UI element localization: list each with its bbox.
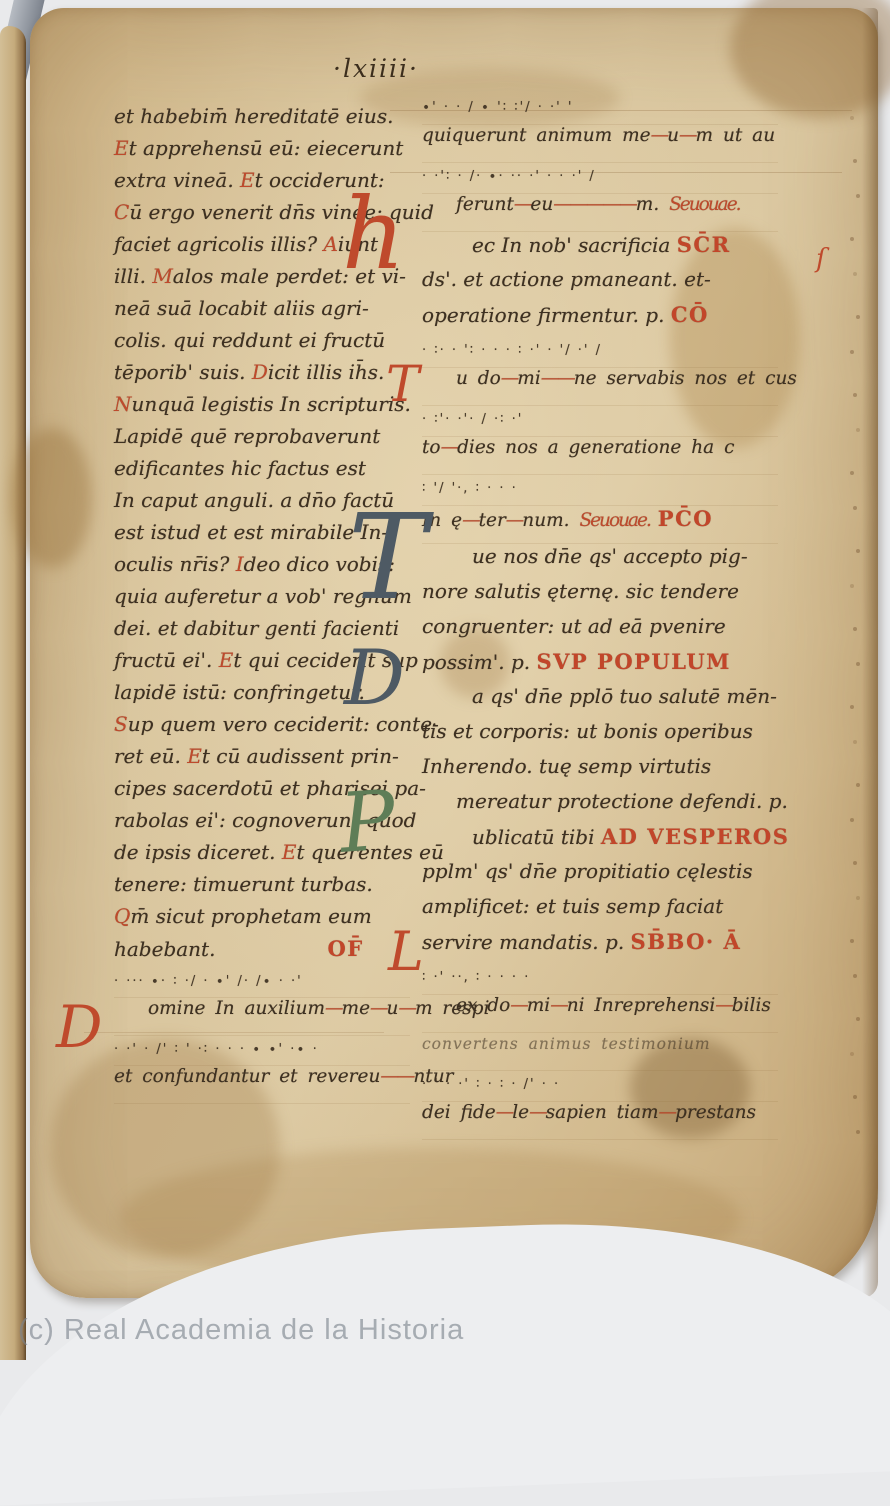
prick-mark (850, 350, 854, 354)
text-segment: extra vineā. (114, 168, 240, 192)
text-segment: ds'. et actione pmaneant. et- (422, 267, 711, 291)
manuscript-text-line: In ę—ter—num. Seuouae. PC̄O (422, 506, 778, 544)
text-segment: M (152, 264, 172, 288)
text-segment: omine In auxilium (148, 998, 325, 1019)
text-segment: ferunt (456, 194, 514, 215)
prick-mark (856, 783, 860, 787)
text-segment: — (651, 125, 668, 146)
text-segment: m ut au (696, 125, 776, 146)
prick-mark (856, 549, 860, 553)
prick-mark (850, 116, 854, 120)
prick-mark (856, 662, 860, 666)
neumes: · ·'∶ · /· ∙· ·· ·' · · ·' / (422, 169, 596, 184)
prick-mark (856, 1130, 860, 1134)
text-segment: C (114, 200, 129, 224)
text-segment: t cū audissent prin- (202, 744, 399, 768)
text-segment: edificantes hic factus est (114, 456, 366, 480)
neumes: · ··· ∙· ∶ ·/ · ∙' /· /∙ · ·' (114, 974, 303, 989)
manuscript-text-line: operatione firmentur. p. CŌ (422, 302, 778, 337)
facing-page-edge (0, 26, 26, 1360)
neume-row: ∙' · · / ∙ '∶ ∶'/ · ·' ' (422, 94, 778, 125)
text-segment: operatione firmentur. p. (422, 303, 671, 327)
text-segment: — (325, 998, 342, 1019)
text-segment: — (679, 125, 696, 146)
text-segment: — (659, 1102, 676, 1123)
text-segment: tenere: timuerunt turbas. (114, 872, 373, 896)
prick-mark (850, 705, 854, 709)
neumes: ∶ ·' ··, ∶ · · · · (422, 970, 530, 985)
manuscript-text-line: tenere: timuerunt turbas. (114, 872, 410, 904)
right-text-column: ∙' · · / ∙ '∶ ∶'/ · ·' 'quiquerunt animu… (422, 94, 778, 1140)
prick-mark (856, 1017, 860, 1021)
manuscript-text-line: amplificet: et tuis semp faciat (422, 894, 778, 929)
neumes: · ·' · /' ∶ ' ·∶ · · · ∙ ∙' ·∙ · (114, 1042, 319, 1057)
text-segment: m̄ sicut prophetam eum (130, 904, 371, 928)
manuscript-text-line: a qs' dn̄e pplō tuo salutē mēn- (422, 684, 778, 719)
text-segment: pplm' qs' dn̄e propitiatio cęlestis (422, 859, 753, 883)
decorated-initial-t-red: T (386, 364, 419, 404)
text-segment: E (187, 744, 202, 768)
prick-mark (853, 159, 857, 163)
manuscript-text-line: tis et corporis: ut bonis operibus (422, 719, 778, 754)
text-segment: prestans (675, 1102, 756, 1123)
rubric-text: SB̄BO· Ā (631, 929, 742, 954)
manuscript-text-line: Nunquā legistis In scripturis. (114, 392, 410, 424)
text-segment: —— (380, 1066, 413, 1087)
prick-mark (850, 1052, 854, 1056)
manuscript-text-line: servire mandatis. p. SB̄BO· Ā (422, 929, 778, 964)
manuscript-text-line: pplm' qs' dn̄e propitiatio cęlestis (422, 859, 778, 894)
text-segment: — (441, 437, 458, 458)
decorated-initial-p-green: P (338, 788, 398, 857)
text-segment: icit illis ih̄s. (268, 360, 385, 384)
neumes: · ∶· · '∶ · · · ∶ ·' · '/ ·' / (422, 343, 602, 358)
text-segment: — (510, 995, 527, 1016)
prick-mark (853, 272, 857, 276)
neume-row: · ∶· · '∶ · · · ∶ ·' · '/ ·' / (422, 337, 778, 368)
manuscript-text-line: quiquerunt animum me—u—m ut au (422, 125, 778, 163)
folio-number: ·lxiiii· (306, 54, 446, 83)
manuscript-text-line: omine In auxilium—me—u—m respi (114, 998, 410, 1036)
prick-mark (853, 1095, 857, 1099)
text-segment: ni Inreprehensi (567, 995, 716, 1016)
text-segment: ————— (553, 194, 636, 215)
prick-mark (856, 315, 860, 319)
text-segment: convertens animus testimonium (422, 1035, 711, 1053)
manuscript-text-line: Inherendo. tuę semp virtutis (422, 754, 778, 789)
text-segment: m. (636, 194, 669, 215)
text-segment: N (114, 392, 132, 416)
manuscript-text-line: dei fide—le—sapien tiam—prestans (422, 1102, 778, 1140)
text-segment: — (370, 998, 387, 1019)
manuscript-text-line: Et apprehensū eū: eiecerunt (114, 136, 410, 168)
prick-mark (850, 237, 854, 241)
prick-mark (853, 506, 857, 510)
decorated-initial-l-red: L (388, 930, 424, 973)
text-segment: Q (114, 904, 130, 928)
manuscript-text-line: to—dies nos a generatione ha c (422, 437, 778, 475)
manuscript-text-line: tēporib' suis. Dicit illis ih̄s. (114, 360, 410, 392)
text-segment: amplificet: et tuis semp faciat (422, 894, 723, 918)
text-segment: num. (522, 510, 579, 531)
text-segment: et confundantur et revereu (114, 1066, 380, 1087)
prick-mark (856, 428, 860, 432)
prick-mark (853, 393, 857, 397)
text-segment: — (462, 510, 479, 531)
text-segment: neā suā locabit aliis agri- (114, 296, 369, 320)
manuscript-text-line: edificantes hic factus est (114, 456, 410, 488)
text-segment: — (506, 510, 523, 531)
watermark-text: (c) Real Academia de la Historia (18, 1314, 464, 1347)
neume-row: · ' · ·' ∶ · ∶ · /' · · (422, 1071, 778, 1102)
manuscript-text-line: colis. qui reddunt ei fructū (114, 328, 410, 360)
text-segment: dies nos a generatione ha c (457, 437, 734, 458)
manuscript-text-line: habebant.OF̄ (114, 936, 410, 968)
manuscript-photo: ·lxiiii· et habebim̄ hereditatē eius.Et … (0, 0, 890, 1360)
prick-mark (853, 740, 857, 744)
neumes: ∶ '/ '·, ∶ · · · (422, 481, 518, 496)
text-segment: In ę (422, 510, 462, 531)
text-segment: — (398, 998, 415, 1019)
text-segment: Lapidē quē reprobaverunt (114, 424, 380, 448)
text-segment: quiquerunt animum me (422, 125, 651, 146)
manuscript-text-line: mereatur protectione defendi. p. (422, 789, 778, 824)
text-segment: colis. qui reddunt ei fructū (114, 328, 385, 352)
text-segment: ue nos dn̄e qs' accepto pig- (472, 544, 748, 568)
text-segment: habebant. (114, 937, 215, 961)
text-segment: ne servabis nos et cus (574, 368, 797, 389)
neume-row: · ·'∶ · /· ∙· ·· ·' · · ·' / (422, 163, 778, 194)
neume-row: · ··· ∙· ∶ ·/ · ∙' /· /∙ · ·' (114, 968, 410, 998)
manuscript-text-line: et confundantur et revereu——ntur (114, 1066, 410, 1104)
text-segment: dei fide (422, 1102, 496, 1123)
rubric-text: SVP POPULUM (536, 649, 730, 674)
text-segment: ter (479, 510, 506, 531)
text-segment: ex do (456, 995, 510, 1016)
text-segment: u (387, 998, 399, 1019)
text-segment: servire mandatis. p. (422, 930, 631, 954)
manuscript-text-line: nore salutis ęternę. sic tendere (422, 579, 778, 614)
text-segment: E (282, 840, 297, 864)
prick-mark (853, 627, 857, 631)
rubric-text: SC̄R (677, 232, 731, 257)
text-segment: nore salutis ęternę. sic tendere (422, 579, 739, 603)
text-segment: t apprehensū eū: eiecerunt (129, 136, 404, 160)
text-segment: unquā legistis In scripturis. (132, 392, 411, 416)
manuscript-text-line: Lapidē quē reprobaverunt (114, 424, 410, 456)
manuscript-text-line: ue nos dn̄e qs' accepto pig- (422, 544, 778, 579)
text-segment: I (236, 552, 244, 576)
text-segment: — (550, 995, 567, 1016)
text-segment: u (667, 125, 679, 146)
text-segment: tēporib' suis. (114, 360, 252, 384)
text-segment: illi. (114, 264, 152, 288)
text-segment: lapidē istū: confringetur. (114, 680, 365, 704)
prick-mark (850, 818, 854, 822)
manuscript-text-line: ublicatū tibi AD VESPEROS (422, 824, 778, 859)
rubric-text: PC̄O (658, 506, 713, 531)
text-segment: mi (517, 368, 540, 389)
decorated-initial-h: h (342, 196, 405, 274)
manuscript-text-line: congruenter: ut ad eā pvenire (422, 614, 778, 649)
manuscript-page: ·lxiiii· et habebim̄ hereditatē eius.Et … (30, 8, 878, 1298)
neume-row: ∶ '/ '·, ∶ · · · (422, 475, 778, 506)
margin-flourish: ſ (816, 244, 826, 274)
text-segment: u do (456, 368, 501, 389)
decorated-initial-d-slate: D (344, 648, 405, 709)
text-segment: D (252, 360, 268, 384)
text-segment: a qs' dn̄e pplō tuo salutē mēn- (472, 684, 777, 708)
prick-mark (853, 861, 857, 865)
text-segment: E (240, 168, 255, 192)
text-segment: ec In nob' sacrificia (472, 233, 677, 257)
neumes: · ∶'· ·'· / ·∶ ·' (422, 412, 523, 427)
text-segment: — (715, 995, 732, 1016)
manuscript-text-line: neā suā locabit aliis agri- (114, 296, 410, 328)
text-segment: — (529, 1102, 546, 1123)
manuscript-text-line: ds'. et actione pmaneant. et- (422, 267, 778, 302)
manuscript-text-line: ferunt—eu—————m. Seuouae. (422, 194, 778, 232)
text-segment: A (323, 232, 337, 256)
text-segment: S (114, 712, 128, 736)
neumes: ∙' · · / ∙ '∶ ∶'/ · ·' ' (422, 100, 573, 115)
parchment-stain (12, 428, 92, 568)
prick-mark (850, 939, 854, 943)
text-segment: oculis nr̄is? (114, 552, 236, 576)
prick-mark (856, 194, 860, 198)
text-segment: le (512, 1102, 529, 1123)
text-segment: faciet agricolis illis? (114, 232, 323, 256)
text-segment: — (514, 194, 531, 215)
text-segment: — (496, 1102, 513, 1123)
text-segment: me (342, 998, 371, 1019)
text-segment: ret eū. (114, 744, 187, 768)
neume-row: ∶ ·' ··, ∶ · · · · (422, 964, 778, 995)
text-segment: E (219, 648, 234, 672)
text-segment: et habebim̄ hereditatē eius. (114, 104, 393, 128)
prick-mark (850, 584, 854, 588)
manuscript-text-line: ec In nob' sacrificia SC̄R (422, 232, 778, 267)
text-segment: mereatur protectione defendi. p. (456, 789, 788, 813)
neume-row: · ∶'· ·'· / ·∶ ·' (422, 406, 778, 437)
text-segment: — (501, 368, 518, 389)
manuscript-text-line: u do—mi——ne servabis nos et cus (422, 368, 778, 406)
decorated-initial-d-red: D (56, 1004, 103, 1050)
text-segment: to (422, 437, 441, 458)
prick-mark (853, 974, 857, 978)
manuscript-text-line: et habebim̄ hereditatē eius. (114, 104, 410, 136)
text-segment: Seuouae. (579, 510, 657, 531)
text-segment: eu (530, 194, 553, 215)
text-segment: Seuouae. (669, 194, 739, 215)
rubric-text: CŌ (671, 302, 709, 327)
text-segment: ublicatū tibi (472, 825, 601, 849)
manuscript-text-line: convertens animus testimonium (422, 1033, 778, 1071)
text-segment: mi (527, 995, 550, 1016)
rubric-text: AD VESPEROS (601, 824, 790, 849)
text-segment: —— (541, 368, 574, 389)
manuscript-text-line: Qm̄ sicut prophetam eum (114, 904, 410, 936)
text-segment: de ipsis diceret. (114, 840, 282, 864)
page-edge (862, 8, 878, 1298)
text-segment: Inherendo. tuę semp virtutis (422, 754, 711, 778)
decorated-initial-t-slate: T (348, 510, 427, 604)
text-segment: congruenter: ut ad eā pvenire (422, 614, 726, 638)
text-segment: bilis (732, 995, 771, 1016)
text-segment: tis et corporis: ut bonis operibus (422, 719, 753, 743)
text-segment: possim'. p. (422, 650, 536, 674)
manuscript-text-line: ret eū. Et cū audissent prin- (114, 744, 410, 776)
neumes: · ' · ·' ∶ · ∶ · /' · · (422, 1077, 560, 1092)
neume-row: · ·' · /' ∶ ' ·∶ · · · ∙ ∙' ·∙ · (114, 1036, 410, 1066)
text-segment: E (114, 136, 129, 160)
text-segment: sapien tiam (546, 1102, 659, 1123)
prick-mark (856, 896, 860, 900)
rubric-text: OF̄ (327, 936, 363, 961)
prick-mark (850, 471, 854, 475)
text-segment: fructū ei'. (114, 648, 219, 672)
manuscript-text-line: ex do—mi—ni Inreprehensi—bilis (422, 995, 778, 1033)
manuscript-text-line: possim'. p. SVP POPULUM (422, 649, 778, 684)
